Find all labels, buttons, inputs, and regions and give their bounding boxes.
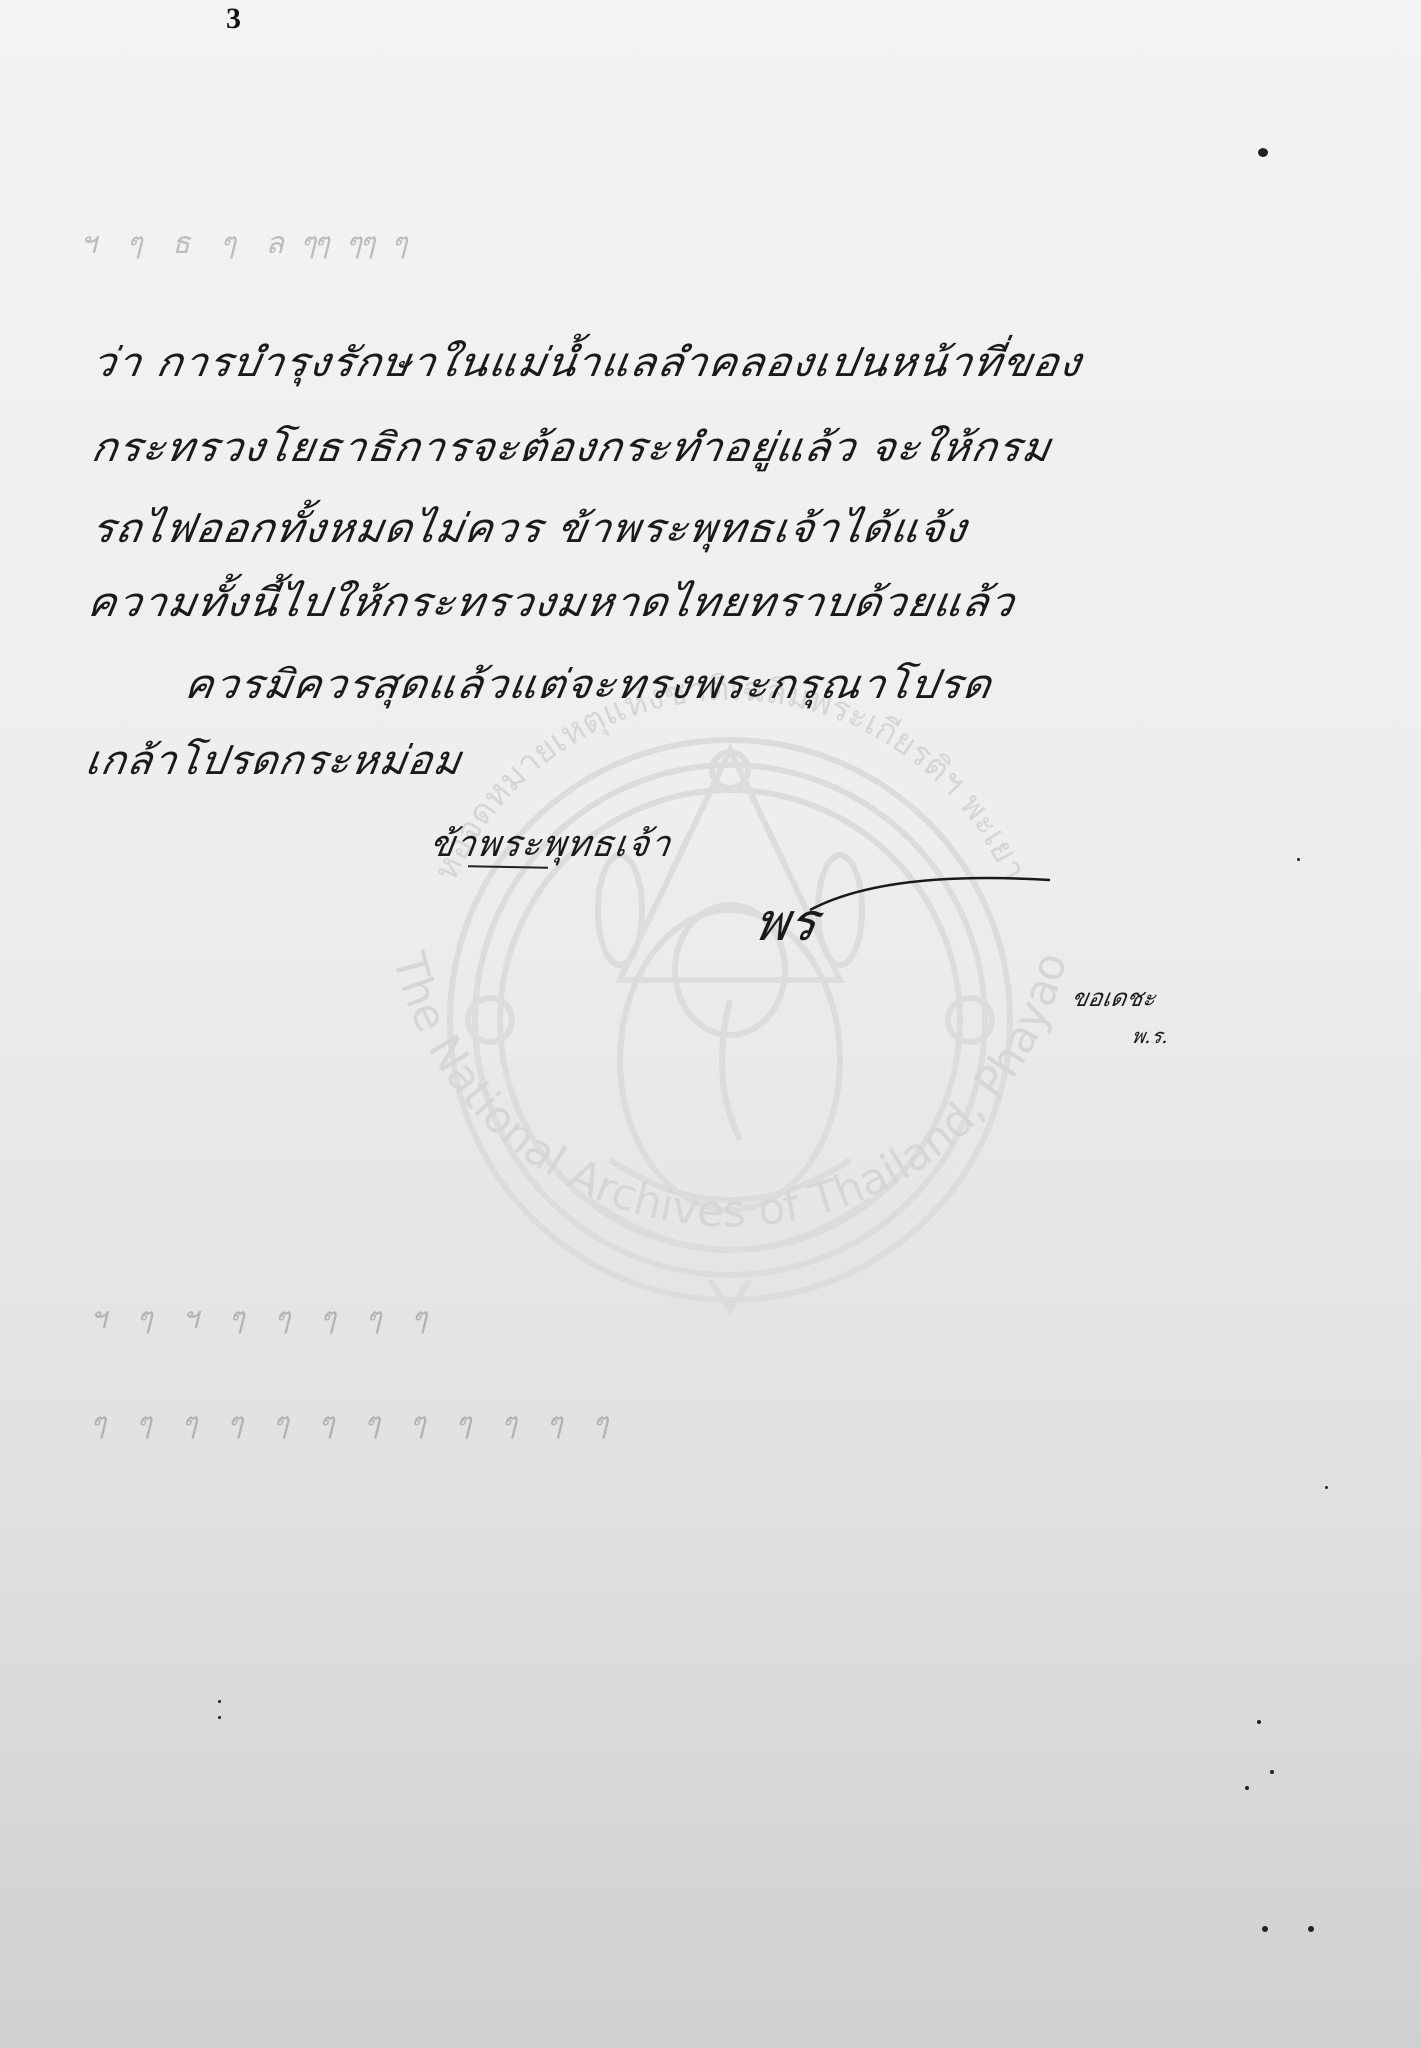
document-page: 3 ฯ ๆ ธ ๆ ล ๆ ๆ ๆ ๆ ๆ ฯ ๆ ฯ ๆ ๆ ๆ ๆ ๆ ๆ … (0, 0, 1421, 2048)
body-line: ความทั้งนี้ไปให้กระทรวงมหาดไทยทราบด้วยแล… (83, 570, 1019, 634)
body-line: รถไฟออกทั้งหมดไม่ควร ข้าพระพุทธเจ้าได้แจ… (87, 496, 972, 560)
ink-speck (1245, 1786, 1249, 1790)
svg-text:The National Archives of Thail: The National Archives of Thailand, Phaya… (382, 946, 1077, 1237)
page-number: 3 (226, 2, 241, 36)
ink-speck (218, 1716, 221, 1719)
annotation-initials: พ.ร. (1129, 1020, 1171, 1052)
closing-salutation: ข้าพระพุทธเจ้า (426, 815, 675, 872)
ganesha-seal-icon: หอจดหมายเหตุแห่งชาติเฉลิมพระเกียรติฯ พะเ… (370, 640, 1090, 1360)
body-line: ว่า การบำรุงรักษาในแม่น้ำแลลำคลองเปนหน้า… (87, 330, 1086, 394)
ink-speck (1297, 858, 1300, 861)
body-line: ควรมิควรสุดแล้วแต่จะทรงพระกรุณาโปรด (180, 652, 996, 716)
ink-speck (1270, 1770, 1274, 1774)
ink-speck (218, 1700, 221, 1703)
body-line: กระทรวงโยธาธิการจะต้องกระทำอยู่แล้ว จะให… (87, 415, 1056, 479)
body-line: เกล้าโปรดกระหม่อม (81, 728, 466, 792)
archive-seal-watermark: หอจดหมายเหตุแห่งชาติเฉลิมพระเกียรติฯ พะเ… (370, 640, 1090, 1360)
annotation-khodecha: ขอเดชะ (1069, 978, 1160, 1017)
bleed-through-mark: ฯ ๆ ฯ ๆ ๆ ๆ ๆ ๆ (90, 1295, 437, 1342)
signature-flourish-icon (805, 860, 1055, 920)
bleed-through-mark: ๆ ๆ ๆ (300, 220, 417, 267)
ink-speck (1257, 1720, 1261, 1724)
ink-speck (1258, 148, 1268, 157)
ink-speck (1262, 1926, 1268, 1932)
ink-speck (1325, 1486, 1328, 1489)
ink-speck (1308, 1926, 1314, 1932)
bleed-through-mark: ๆ ๆ ๆ ๆ ๆ ๆ ๆ ๆ ๆ ๆ ๆ ๆ (90, 1400, 618, 1447)
